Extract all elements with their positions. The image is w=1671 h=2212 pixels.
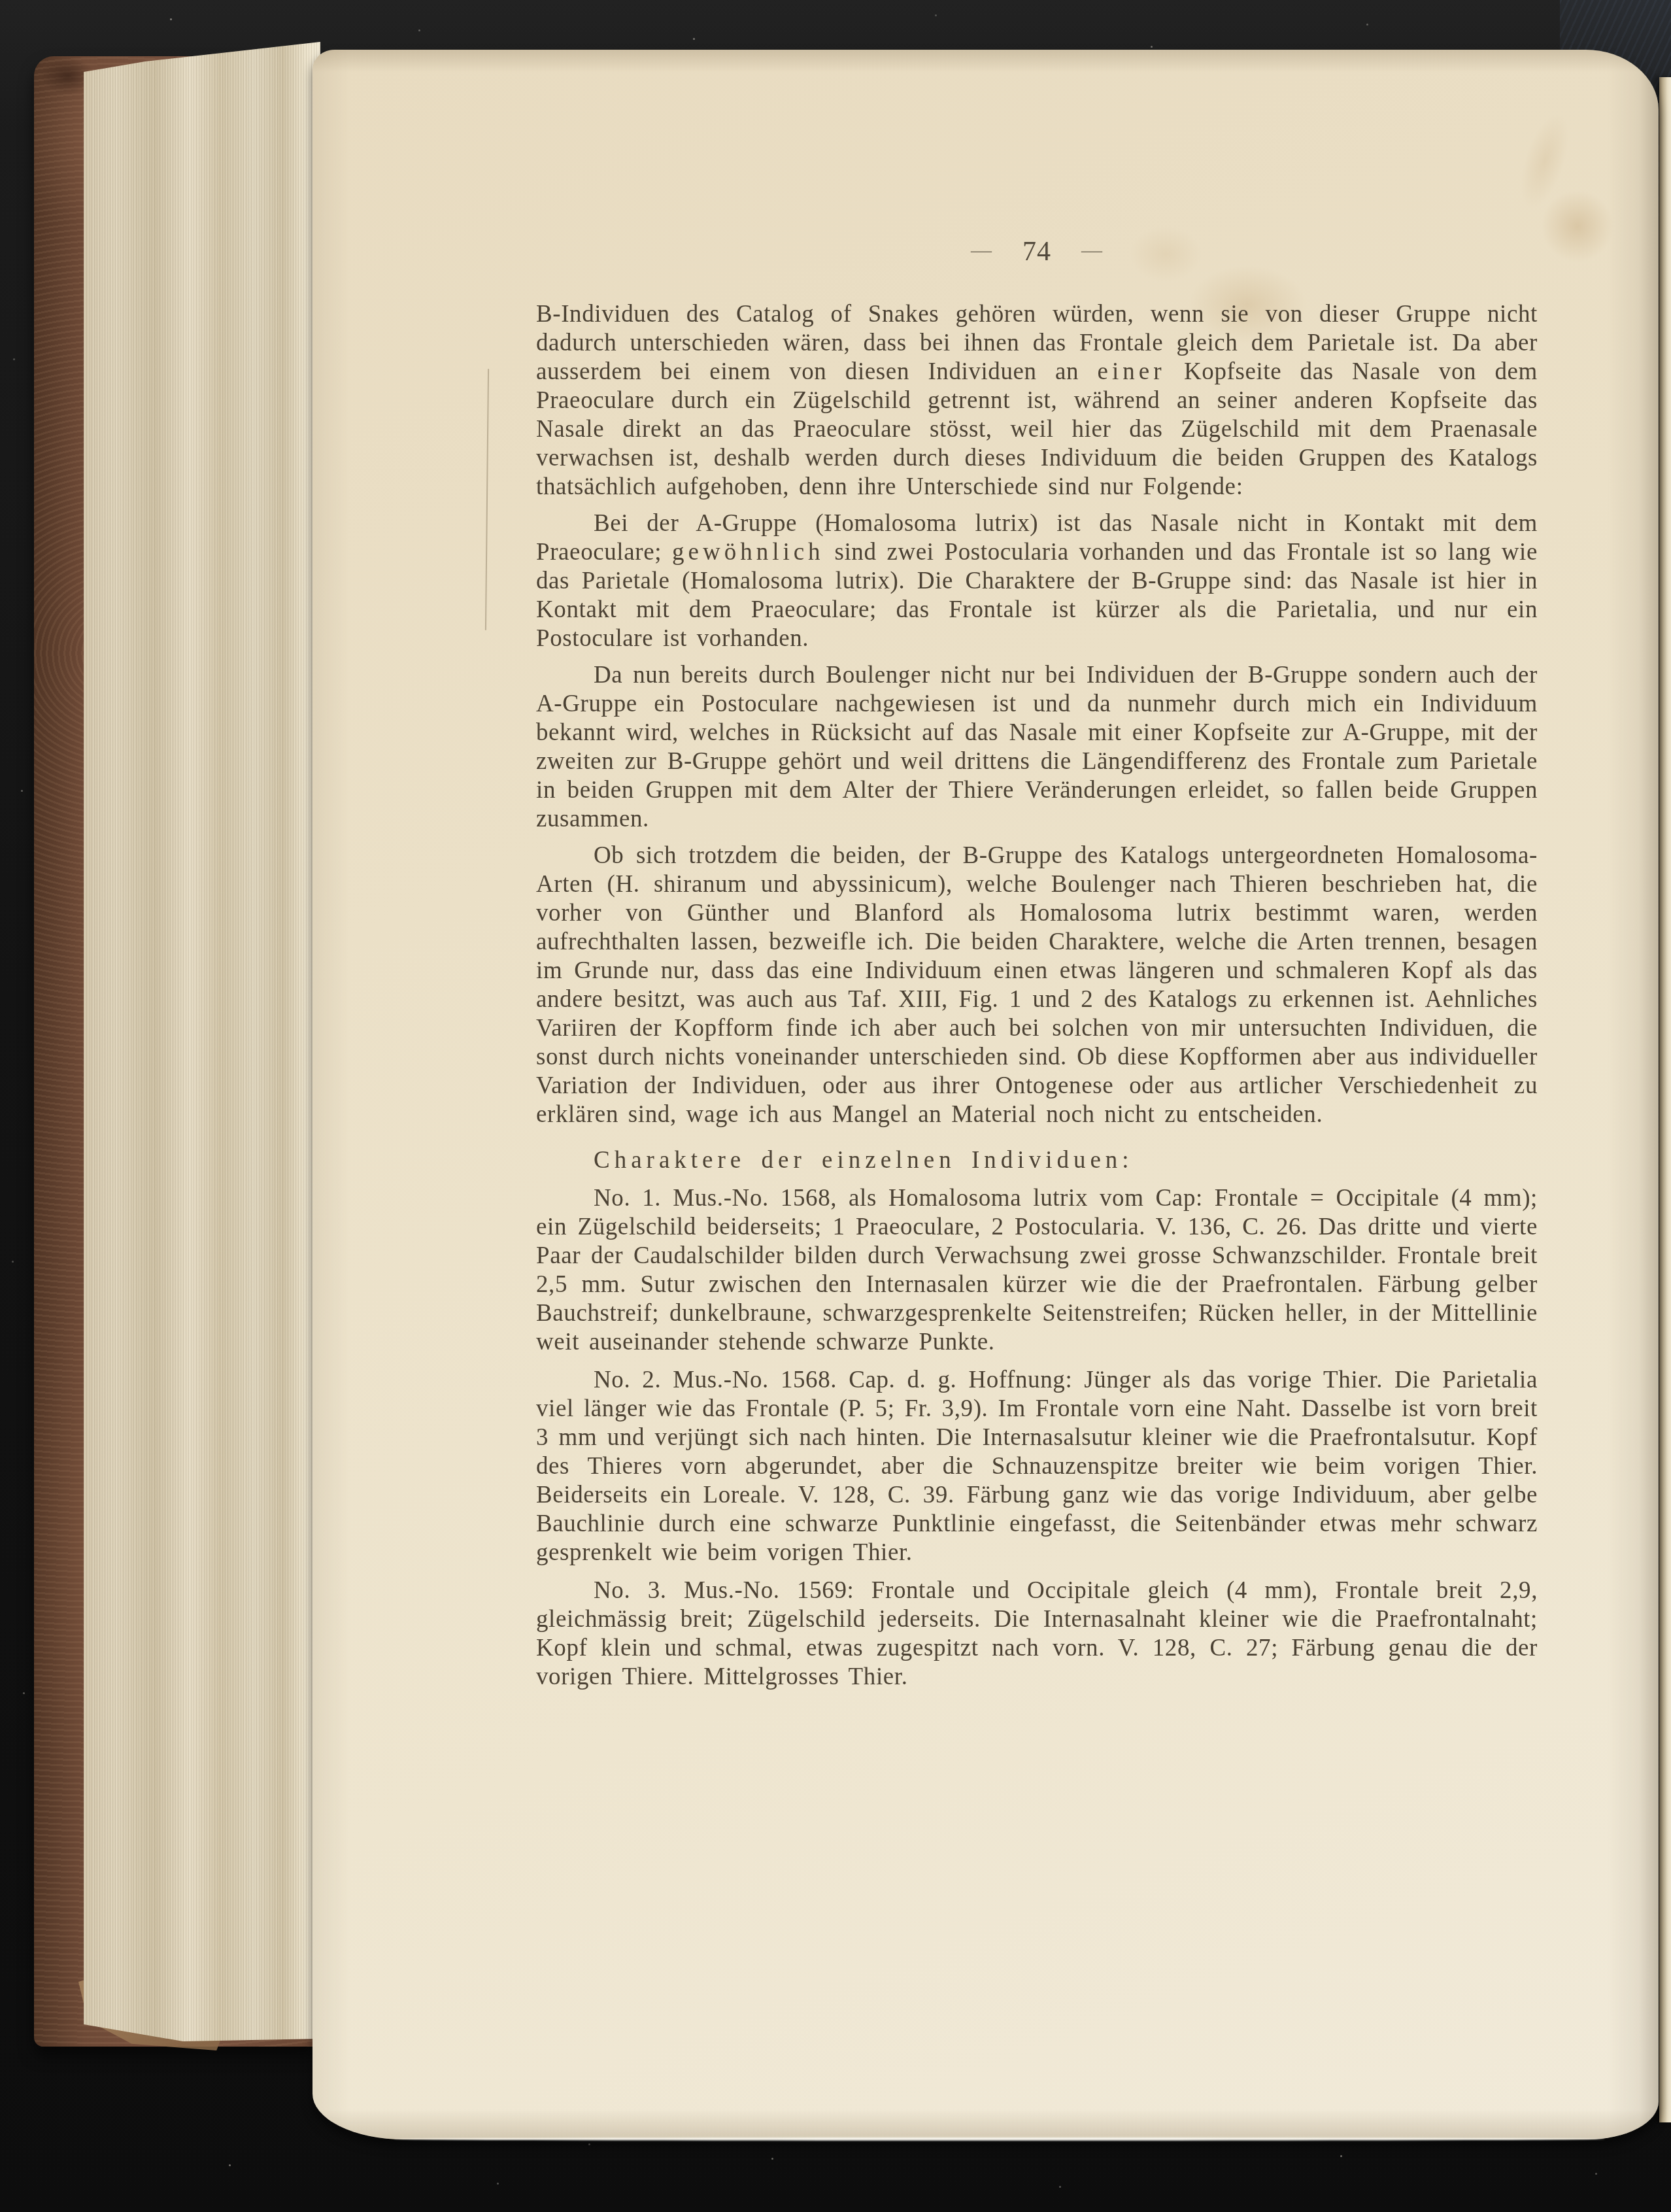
paragraph-boulenger: Da nun bereits durch Boulenger nicht nur…	[536, 661, 1538, 834]
paragraph-text: No. 1. Mus.-No. 1568, als Homalosoma lut…	[536, 1185, 1538, 1355]
book-page: —74— B-Individuen des Catalog of Snakes …	[312, 50, 1659, 2139]
scanned-book-photo: —74— B-Individuen des Catalog of Snakes …	[0, 0, 1671, 2212]
paragraph-no-3: No. 3. Mus.-No. 1569: Frontale und Occip…	[536, 1576, 1538, 1692]
paragraph-text: Ob sich trotzdem die beiden, der B-Grupp…	[536, 842, 1538, 1128]
paragraph-text: No. 3. Mus.-No. 1569: Frontale und Occip…	[536, 1577, 1538, 1690]
page-edges-stack	[84, 42, 320, 2041]
paper-fiber-mark	[485, 369, 489, 630]
dust-specks	[170, 18, 172, 20]
section-heading: Charaktere der einzelnen Individuen:	[536, 1146, 1538, 1175]
page-number: —74—	[536, 235, 1538, 266]
paragraph-continuation: B-Individuen des Catalog of Snakes gehör…	[536, 300, 1538, 502]
header-dash-right: —	[1081, 238, 1103, 262]
paragraph-text: No. 2. Mus.-No. 1568. Cap. d. g. Hoffnun…	[536, 1367, 1538, 1566]
header-dash-left: —	[971, 238, 992, 262]
facing-page-edge	[1659, 77, 1671, 2122]
emphasized-word: einer	[1098, 358, 1166, 385]
page-number-value: 74	[1022, 237, 1051, 267]
paragraph-text: Da nun bereits durch Boulenger nicht nur…	[536, 662, 1538, 832]
paragraph-a-gruppe: Bei der A-Gruppe (Homalosoma lutrix) ist…	[536, 509, 1538, 653]
paragraph-no-1: No. 1. Mus.-No. 1568, als Homalosoma lut…	[536, 1184, 1538, 1357]
paragraph-no-2: No. 2. Mus.-No. 1568. Cap. d. g. Hoffnun…	[536, 1366, 1538, 1567]
paragraph-kopfform: Ob sich trotzdem die beiden, der B-Grupp…	[536, 842, 1538, 1129]
page-stain	[1542, 190, 1613, 262]
emphasized-word: gewöhnlich	[672, 539, 824, 566]
page-text-column: —74— B-Individuen des Catalog of Snakes …	[536, 235, 1538, 1692]
